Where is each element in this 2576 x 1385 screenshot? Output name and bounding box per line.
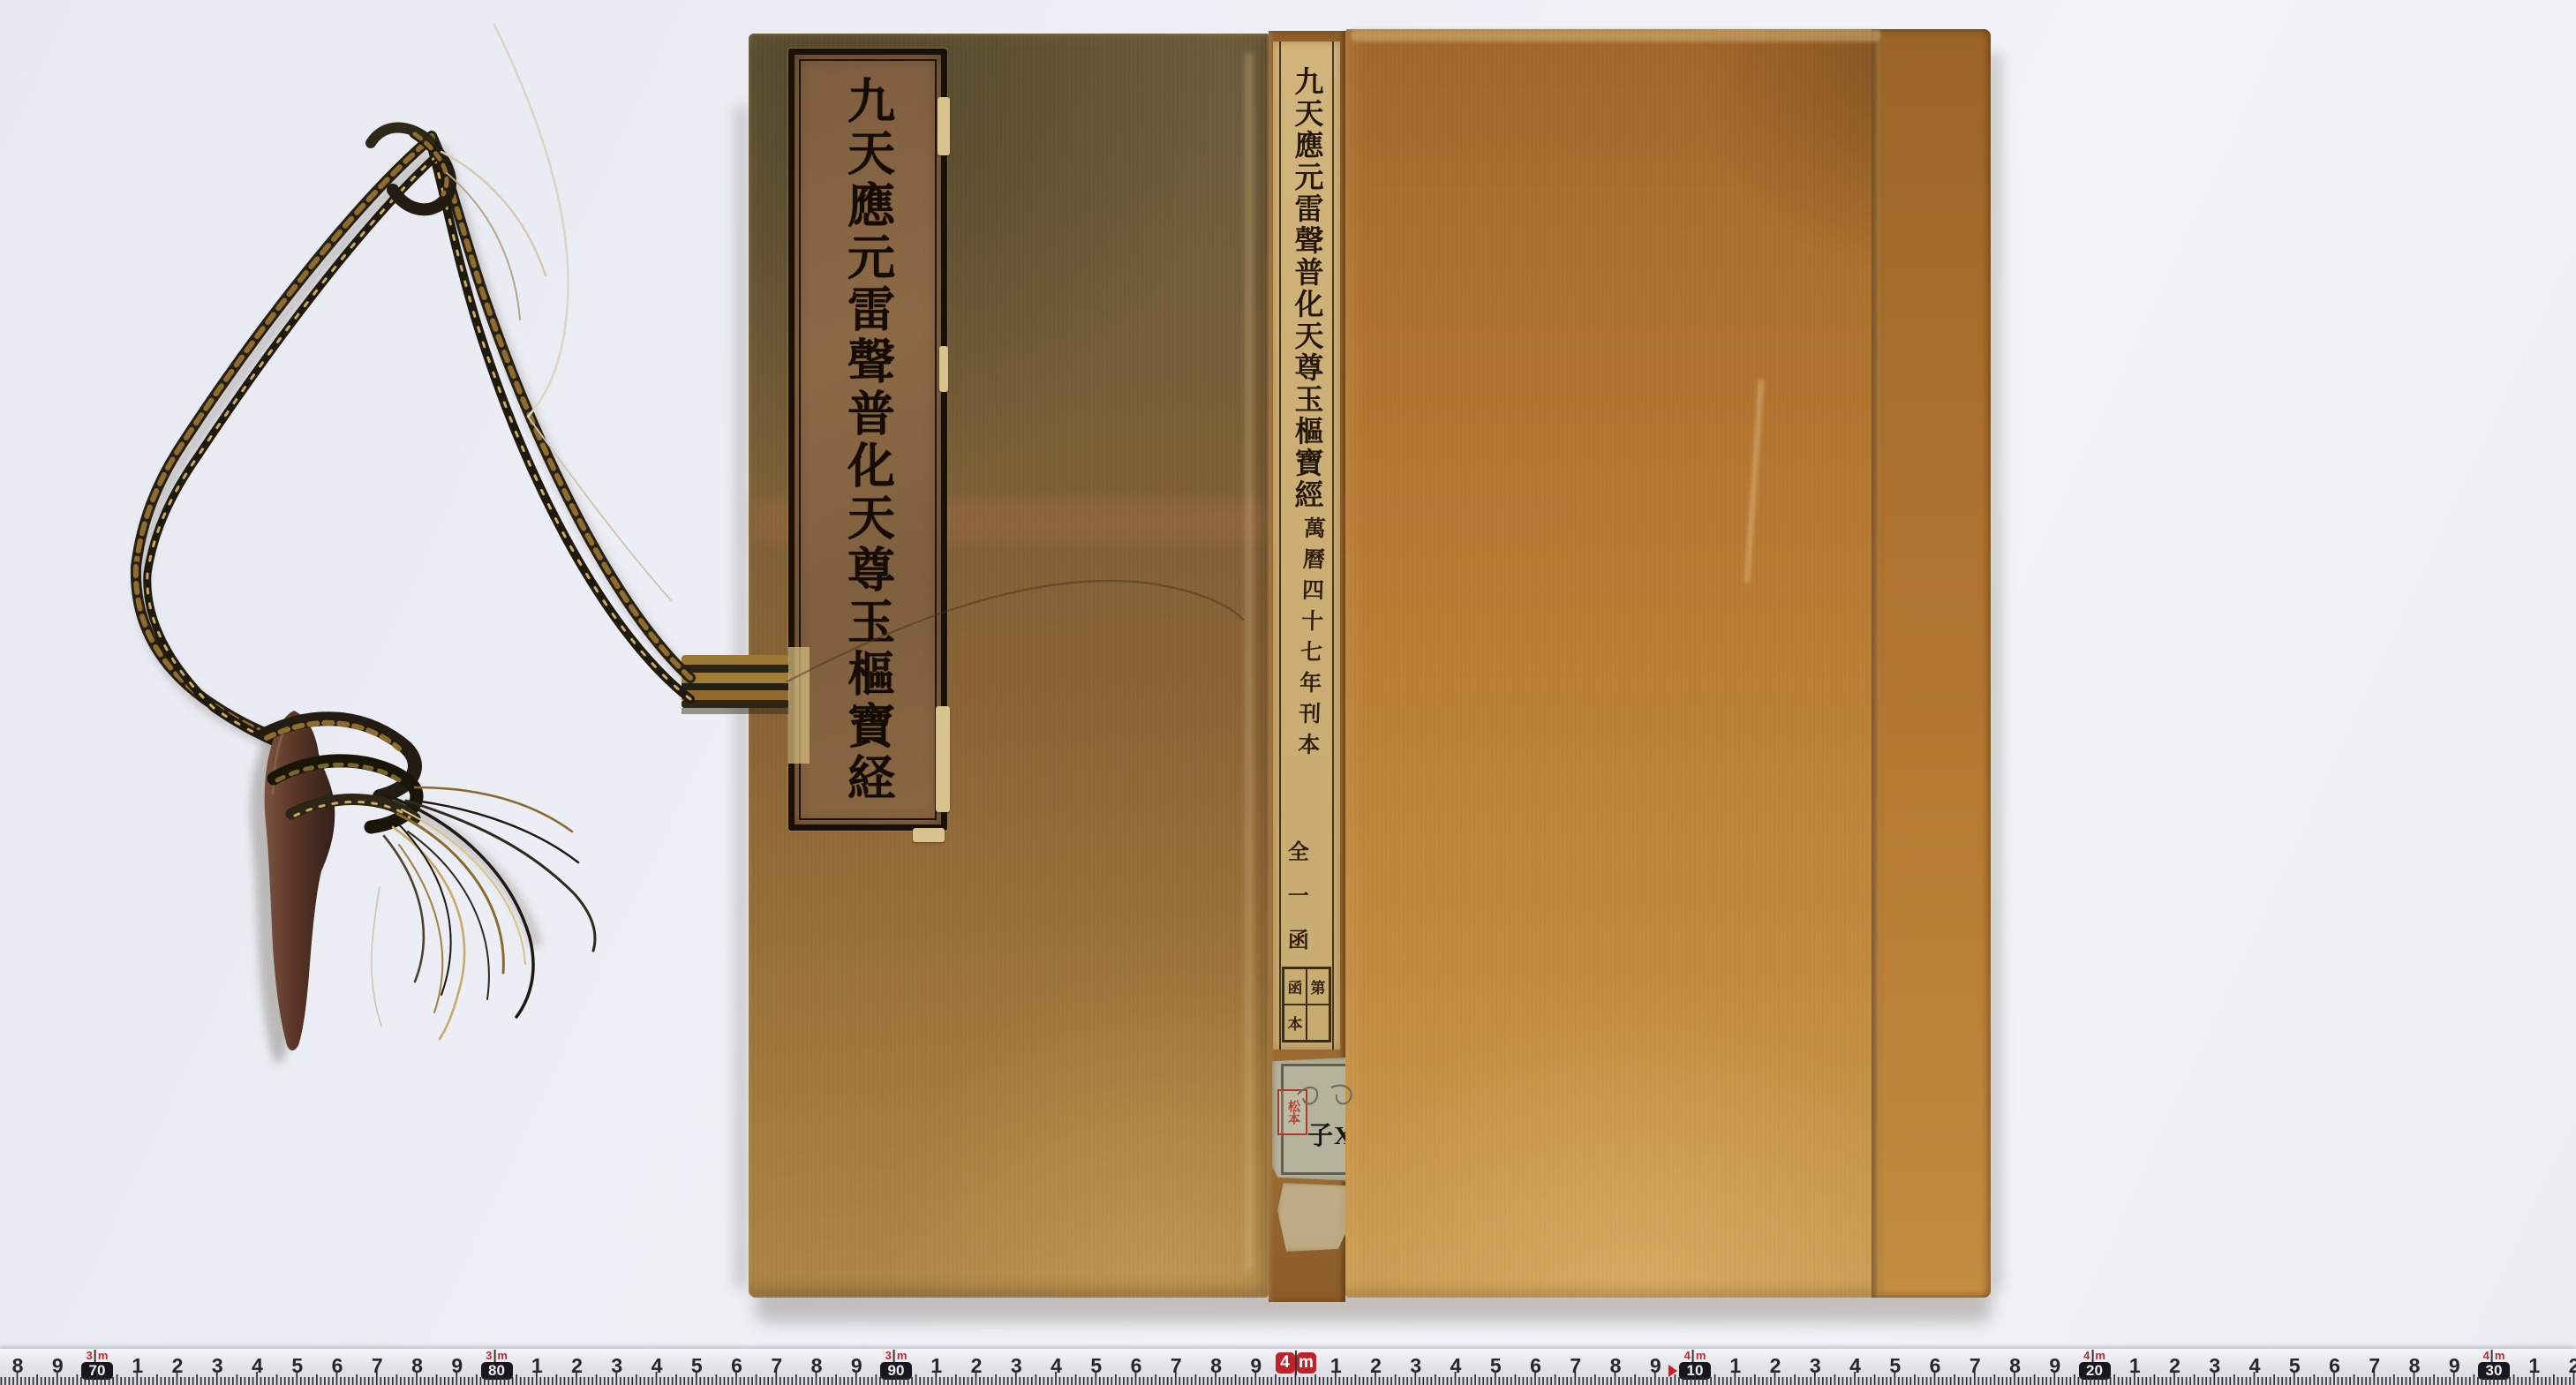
form-cell: 本 xyxy=(1284,1005,1307,1041)
photograph-stage: 九天應元雷聲普化天尊玉樞寶経 九天應元雷聲普化天尊玉樞寶經 萬曆四十七年刊本 全… xyxy=(0,0,2576,1385)
label-damage-chip xyxy=(936,706,950,812)
cord-upper-knot xyxy=(371,128,546,320)
spine-label: 九天應元雷聲普化天尊玉樞寶經 萬曆四十七年刊本 全一函 函 第 本 xyxy=(1273,41,1340,1050)
right-cover-top-piping xyxy=(1351,29,1880,41)
ruler-tick-marks xyxy=(0,1349,2576,1385)
title-label-text: 九天應元雷聲普化天尊玉樞寶経 xyxy=(834,76,902,805)
spine-title-text: 九天應元雷聲普化天尊玉樞寶經 xyxy=(1286,66,1328,511)
label-damage-chip xyxy=(939,346,948,392)
spine-volume-note: 全一函 xyxy=(1280,840,1311,973)
tassel xyxy=(384,787,595,1039)
form-cell: 第 xyxy=(1307,968,1329,1005)
cord-shadow xyxy=(141,145,697,946)
shelf-label-handwriting xyxy=(1280,1068,1377,1121)
spine-label-border-line xyxy=(1332,41,1334,1050)
right-cover xyxy=(1345,29,1991,1298)
fore-edge-flap xyxy=(1872,29,1991,1298)
toggle-pin xyxy=(265,711,335,1050)
label-damage-chip xyxy=(938,97,950,155)
left-cover-fold-crease xyxy=(1245,53,1254,1271)
cord-pin-knot xyxy=(265,719,417,827)
book-left-shadow xyxy=(734,106,749,1289)
spine-edition-note: 萬曆四十七年刊本 xyxy=(1290,516,1328,764)
ruler-tape: 893m701234567893m801234567893m9012345678… xyxy=(0,1349,2576,1385)
form-cell: 函 xyxy=(1284,968,1307,1005)
form-cell xyxy=(1307,1005,1329,1041)
right-cover-stain-streak xyxy=(1345,494,1566,538)
toggle-pin-highlight xyxy=(273,717,291,794)
toggle-pin-shadow xyxy=(251,723,321,1063)
spine-form-grid: 函 第 本 xyxy=(1282,967,1331,1043)
cord-strands xyxy=(136,136,690,750)
label-damage-chip xyxy=(913,828,945,842)
title-label: 九天應元雷聲普化天尊玉樞寶経 xyxy=(788,49,947,831)
